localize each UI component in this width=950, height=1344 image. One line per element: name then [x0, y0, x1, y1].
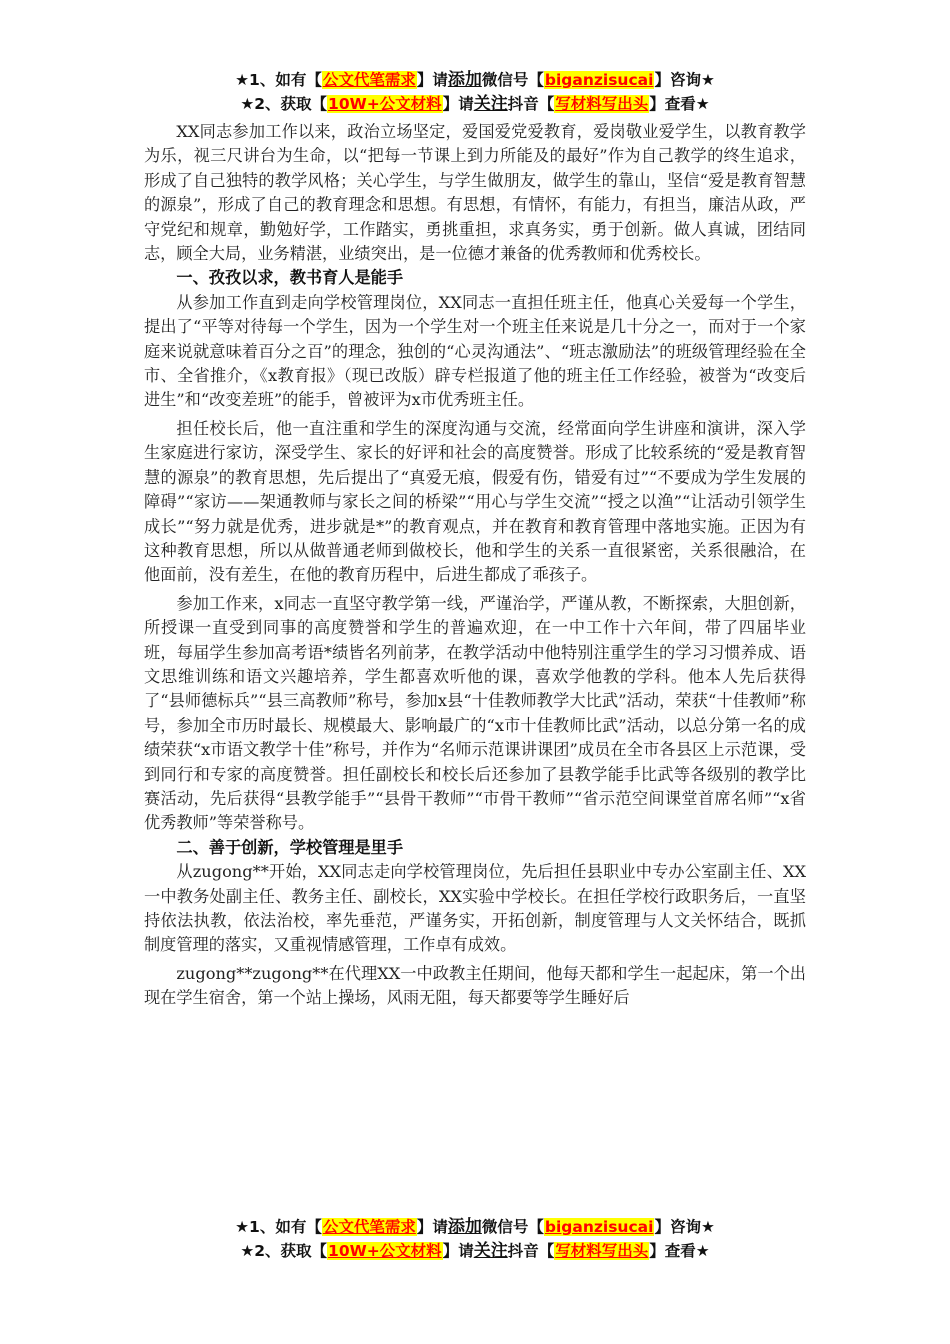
promo-line-1: ★1、如有【公文代笔需求】请添加微信号【biganzisucai】咨询★ — [0, 68, 950, 92]
promo-highlight: 公文代笔需求 — [322, 71, 417, 89]
promo-text: ★2、获取【 — [240, 95, 327, 113]
body-paragraph: zugong**zugong**在代理XX一中政教主任期间，他每天都和学生一起起… — [144, 962, 806, 1011]
body-paragraph: 担任校长后，他一直注重和学生的深度沟通与交流，经常面向学生讲座和演讲，深入学生家… — [144, 417, 806, 588]
promo-underline: 关注 — [474, 1241, 508, 1261]
promo-text: 抖音【 — [508, 1242, 555, 1260]
promo-douyin-id: 写材料写出头 — [554, 95, 649, 113]
promo-text: 】请 — [417, 71, 448, 89]
promo-highlight: 10W+公文材料 — [327, 95, 443, 113]
promo-underline: 关注 — [474, 94, 508, 114]
document-body: XX同志参加工作以来，政治立场坚定，爱国爱党爱教育，爱岗敬业爱学生，以教育教学为… — [144, 120, 806, 1011]
promo-wechat-id: biganzisucai — [544, 71, 655, 89]
promo-line-2: ★2、获取【10W+公文材料】请关注抖音【写材料写出头】查看★ — [0, 92, 950, 116]
promo-text: 】咨询★ — [654, 71, 714, 89]
section-heading-2: 二、善于创新，学校管理是里手 — [144, 836, 806, 860]
intro-paragraph: XX同志参加工作以来，政治立场坚定，爱国爱党爱教育，爱岗敬业爱学生，以教育教学为… — [144, 120, 806, 266]
section-heading-1: 一、孜孜以求，教书育人是能手 — [144, 266, 806, 290]
body-paragraph: 从参加工作直到走向学校管理岗位，XX同志一直担任班主任，他真心关爱每一个学生，提… — [144, 291, 806, 413]
promo-line-2: ★2、获取【10W+公文材料】请关注抖音【写材料写出头】查看★ — [0, 1239, 950, 1263]
promo-text: 】查看★ — [649, 95, 709, 113]
promo-text: 微信号【 — [482, 71, 544, 89]
promo-douyin-id: 写材料写出头 — [554, 1242, 649, 1260]
promo-text: ★1、如有【 — [235, 1218, 322, 1236]
promo-text: 】请 — [443, 1242, 474, 1260]
promo-text: 】咨询★ — [654, 1218, 714, 1236]
promo-text: 微信号【 — [482, 1218, 544, 1236]
promo-wechat-id: biganzisucai — [544, 1218, 655, 1236]
promo-banner-top: ★1、如有【公文代笔需求】请添加微信号【biganzisucai】咨询★ ★2、… — [0, 68, 950, 116]
promo-text: ★2、获取【 — [240, 1242, 327, 1260]
promo-text: 抖音【 — [508, 95, 555, 113]
promo-highlight: 10W+公文材料 — [327, 1242, 443, 1260]
promo-line-1: ★1、如有【公文代笔需求】请添加微信号【biganzisucai】咨询★ — [0, 1215, 950, 1239]
promo-banner-bottom: ★1、如有【公文代笔需求】请添加微信号【biganzisucai】咨询★ ★2、… — [0, 1215, 950, 1263]
promo-underline: 添加 — [448, 70, 482, 90]
promo-underline: 添加 — [448, 1217, 482, 1237]
promo-text: 】查看★ — [649, 1242, 709, 1260]
promo-text: 】请 — [417, 1218, 448, 1236]
body-paragraph: 从zugong**开始，XX同志走向学校管理岗位，先后担任县职业中专办公室副主任… — [144, 860, 806, 958]
promo-highlight: 公文代笔需求 — [322, 1218, 417, 1236]
promo-text: 】请 — [443, 95, 474, 113]
body-paragraph: 参加工作来，x同志一直坚守教学第一线，严谨治学，严谨从教，不断探索，大胆创新，所… — [144, 592, 806, 836]
promo-text: ★1、如有【 — [235, 71, 322, 89]
